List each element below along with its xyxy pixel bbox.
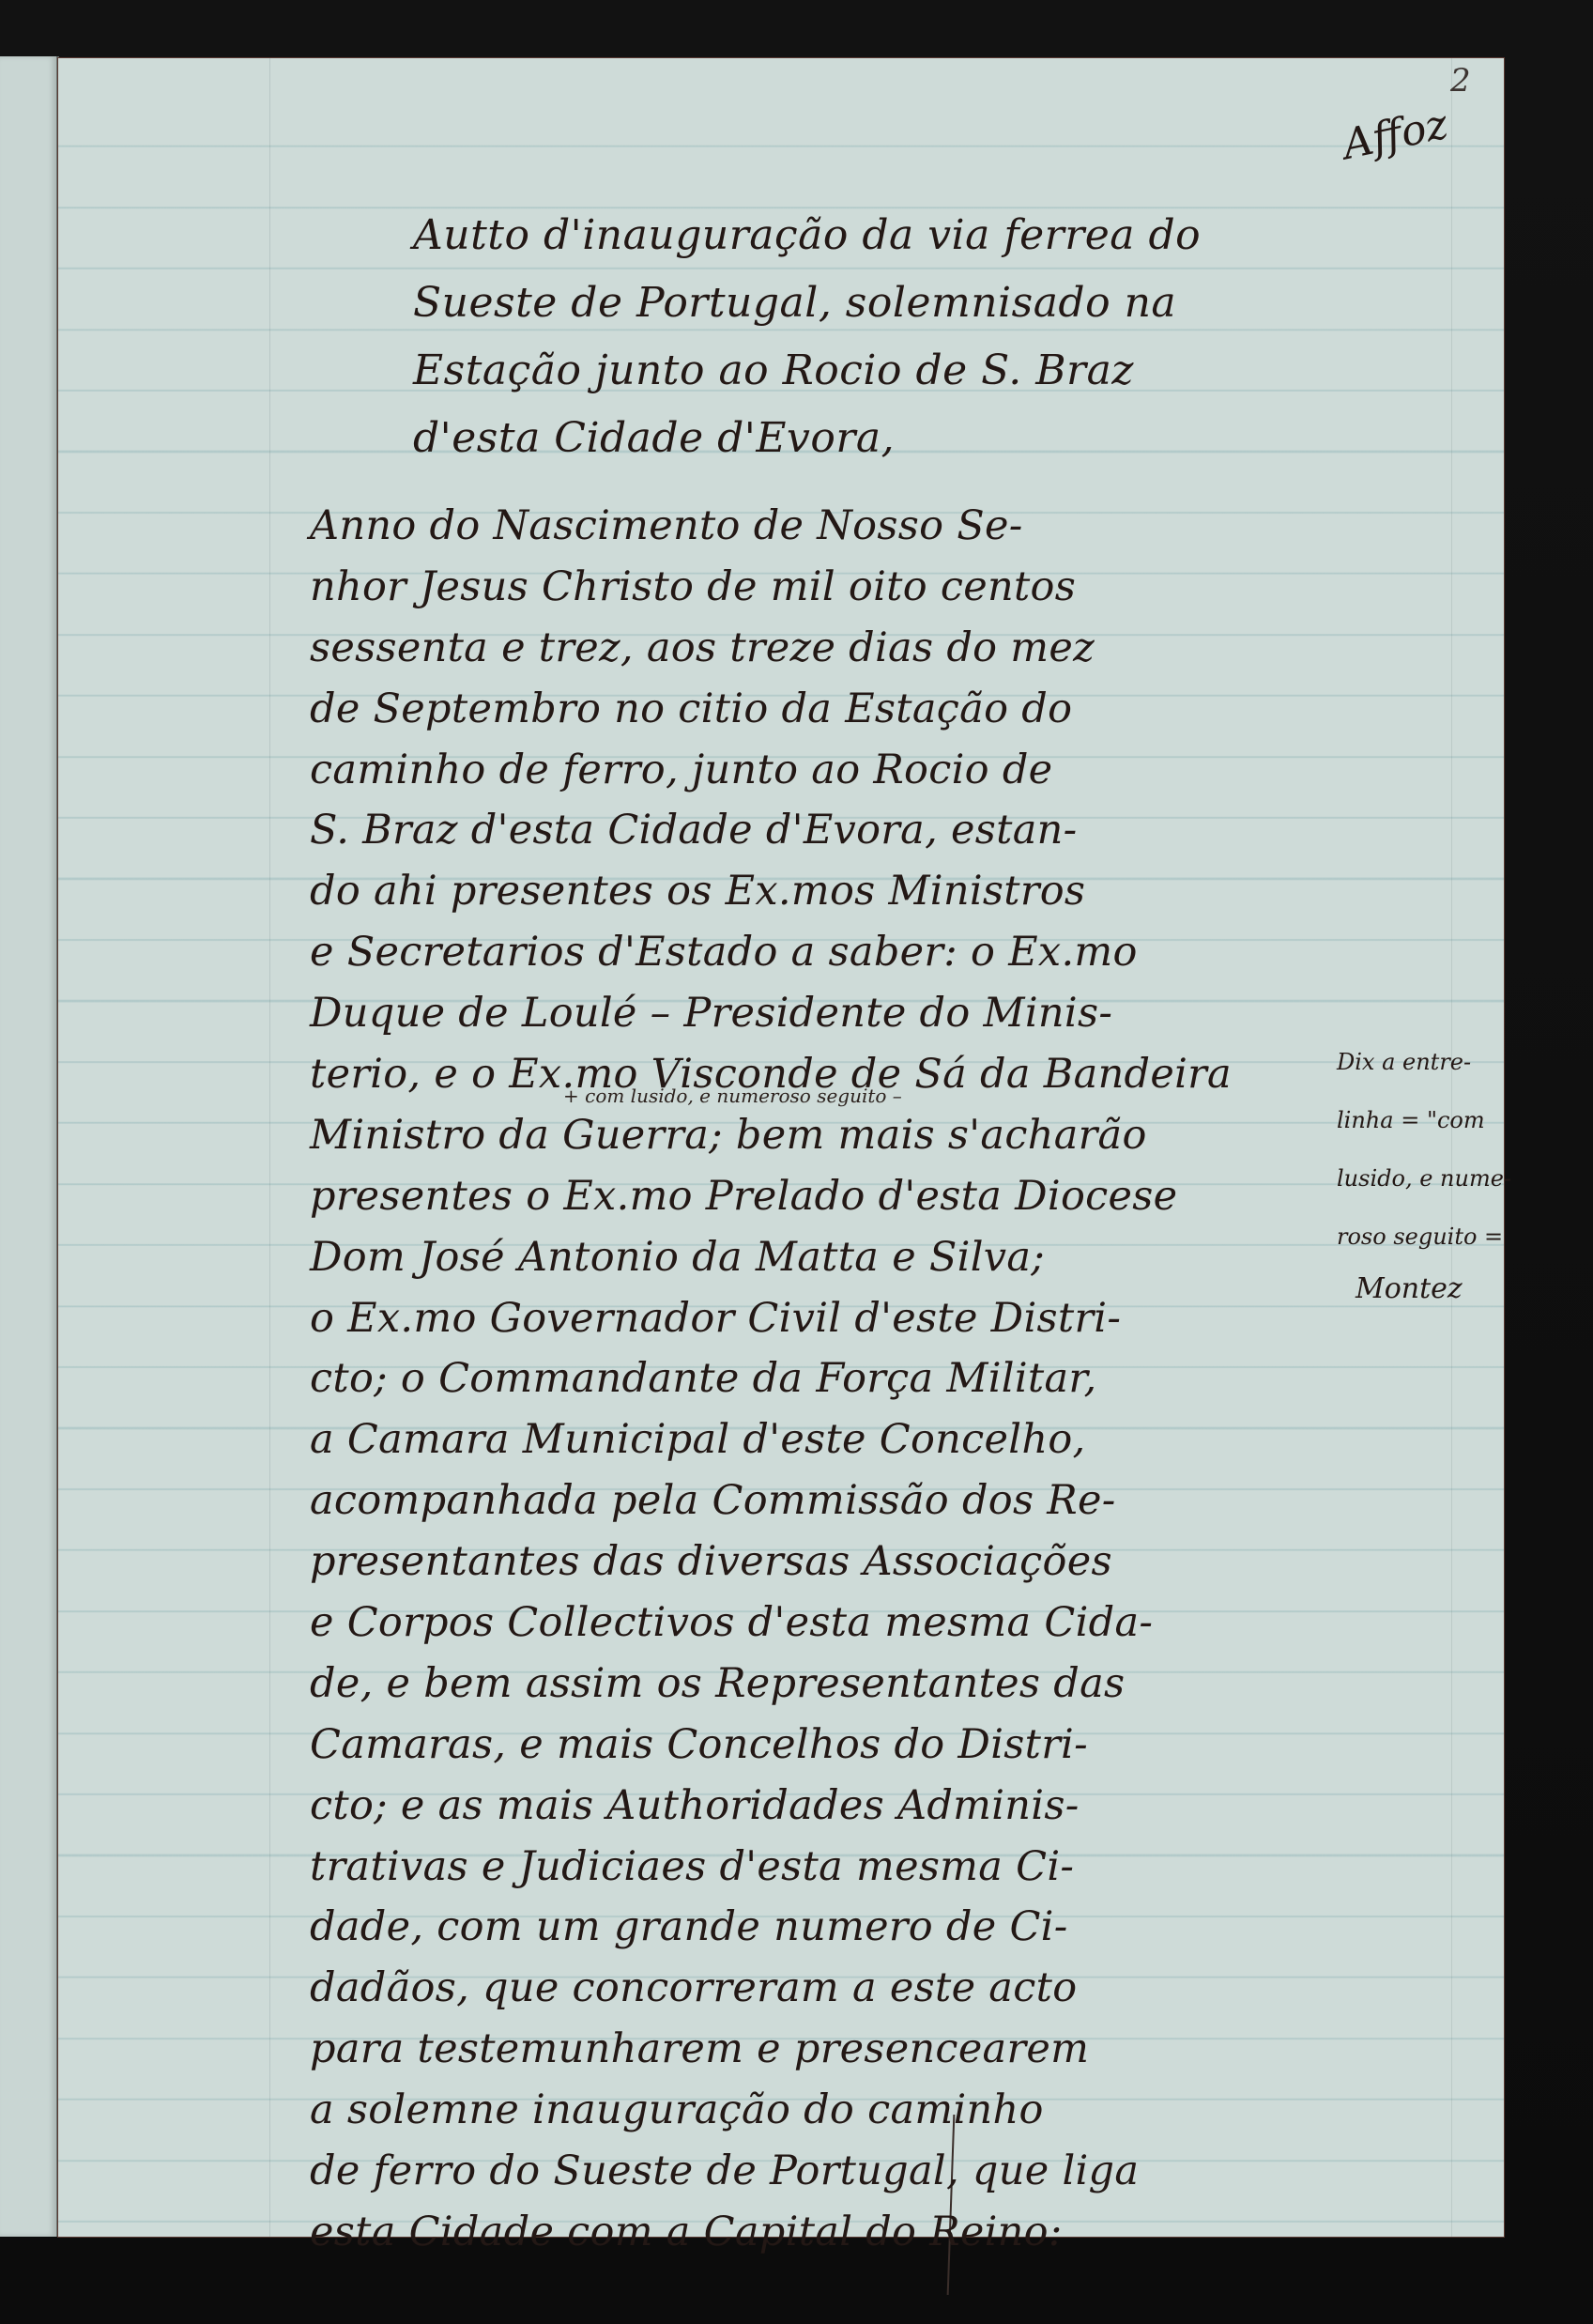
body-line: cto; e as mais Authoridades Adminis- [310,1776,1352,1837]
body-line: dadãos, que concorreram a este acto [310,1958,1352,2019]
body-line: a Camara Municipal d'este Concelho, [310,1409,1352,1470]
margin-note-line: lusido, e nume- [1337,1149,1496,1208]
folio-number: 2 [1450,62,1471,100]
body-line: de Septembro no citio da Estação do [310,679,1352,740]
body-line: a solemne inauguração do caminho [310,2080,1352,2141]
body-line: de, e bem assim os Representantes das [310,1654,1352,1715]
body-line: presentantes das diversas Associações [310,1531,1352,1593]
body-line: S. Braz d'esta Cidade d'Evora, estan- [310,800,1352,861]
document-title: Autto d'inauguração da via ferrea do Sue… [413,202,1352,472]
body-line: Ministro da Guerra; bem mais s'acharão [310,1105,1352,1166]
title-line: Estação junto ao Rocio de S. Braz [413,337,1352,405]
margin-note: Dix a entre- linha = "com lusido, e nume… [1337,1033,1496,1313]
body-line: acompanhada pela Commissão dos Re- [310,1470,1352,1531]
margin-signature: Montez [1337,1266,1496,1313]
body-line: cto; o Commandante da Força Militar, [310,1348,1352,1409]
body-line: sessenta e trez, aos treze dias do mez [310,618,1352,679]
interlinear-insertion: + com lusido, e numeroso seguito – [563,1085,902,1107]
body-line: dade, com um grande numero de Ci- [310,1897,1352,1958]
body-line: e Secretarios d'Estado a saber: o Ex.mo [310,922,1352,983]
title-line: Sueste de Portugal, solemnisado na [413,269,1352,337]
body-line: nhor Jesus Christo de mil oito centos [310,557,1352,618]
title-line: Autto d'inauguração da via ferrea do [413,202,1352,269]
body-line: Dom José Antonio da Matta e Silva; [310,1227,1352,1288]
body-line: de ferro do Sueste de Portugal, que liga [310,2141,1352,2202]
body-line: esta Cidade com a Capital do Reino: [310,2202,1352,2263]
title-line: d'esta Cidade d'Evora, [413,405,1352,472]
body-line: Duque de Loulé – Presidente do Minis- [310,983,1352,1044]
margin-note-line: Dix a entre- [1337,1033,1496,1091]
body-line: para testemunharem e presencearem [310,2019,1352,2080]
margin-note-line: roso seguito = [1337,1208,1496,1266]
adjacent-page-edge [0,56,59,2237]
document-body: Anno do Nascimento de Nosso Se- nhor Jes… [310,496,1352,2263]
body-line: o Ex.mo Governador Civil d'este Distri- [310,1288,1352,1349]
body-line: presentes o Ex.mo Prelado d'esta Diocese [310,1166,1352,1227]
body-line: e Corpos Collectivos d'esta mesma Cida- [310,1593,1352,1654]
body-line: Camaras, e mais Concelhos do Distri- [310,1715,1352,1776]
body-line: trativas e Judiciaes d'esta mesma Ci- [310,1837,1352,1898]
body-line: Anno do Nascimento de Nosso Se- [310,496,1352,557]
body-line: caminho de ferro, junto ao Rocio de [310,740,1352,801]
margin-note-line: linha = "com [1337,1091,1496,1149]
body-line: do ahi presentes os Ex.mos Ministros [310,861,1352,922]
